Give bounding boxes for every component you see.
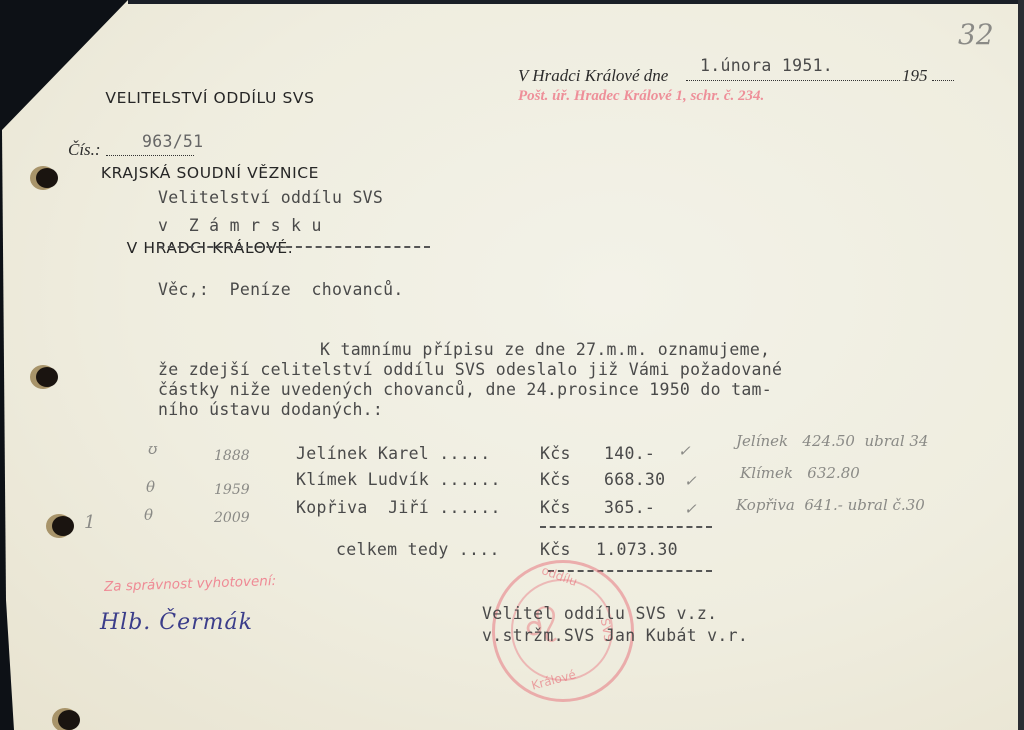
punch-hole-icon	[58, 710, 80, 730]
pencil-note: Jelínek 424.50 ubral 34	[736, 432, 928, 450]
lion-emblem-icon: ♌	[525, 591, 559, 656]
signatory-line1: Velitel oddílu SVS v.z.	[482, 604, 717, 623]
certification-signature: Hlb. Čermák	[100, 610, 253, 635]
letterhead-line3: V HRADCI KRÁLOVÉ.	[60, 236, 360, 261]
inmate-number: 1888	[214, 448, 250, 464]
inmate-name: Klímek Ludvík ......	[296, 470, 501, 489]
currency: Kčs	[540, 444, 571, 463]
recipient-underline	[158, 246, 430, 248]
total-currency: Kčs	[540, 540, 571, 559]
total-label: celkem tedy ....	[336, 540, 500, 559]
amount: 365.-	[604, 498, 655, 517]
total-amount: 1.073.30	[596, 540, 678, 559]
inmate-number: 1959	[214, 482, 250, 498]
check-mark-icon: ✓	[684, 472, 697, 490]
page-number: 32	[958, 18, 994, 51]
currency: Kčs	[540, 470, 571, 489]
check-mark-icon: ✓	[678, 442, 691, 460]
pencil-mark: θ	[146, 478, 155, 496]
date-dotted-line	[686, 80, 900, 81]
inmate-name: Kopřiva Jiří ......	[296, 498, 501, 517]
year-suffix: 195	[902, 66, 928, 86]
year-dotted-line	[932, 80, 954, 81]
reference-number: 963/51	[142, 132, 203, 151]
check-mark-icon: ✓	[684, 500, 697, 518]
letterhead: VELITELSTVÍ ODDÍLU SVS KRAJSKÁ SOUDNÍ VĚ…	[60, 36, 360, 286]
recipient-line1: Velitelství oddílu SVS	[158, 188, 383, 207]
sum-divider	[540, 526, 712, 528]
letterhead-line1: VELITELSTVÍ ODDÍLU SVS	[60, 86, 360, 111]
punch-hole-icon	[36, 367, 58, 387]
reference-dotted-line	[106, 155, 194, 156]
currency: Kčs	[540, 498, 571, 517]
amount: 140.-	[604, 444, 655, 463]
recipient-line2: v Z á m r s k u	[158, 216, 322, 235]
body-line1: K tamnímu přípisu ze dne 27.m.m. oznamuj…	[320, 340, 770, 359]
inmate-number: 2009	[214, 510, 250, 526]
signatory-line2: v.stržm.SVS Jan Kubát v.r.	[482, 626, 748, 645]
punch-hole-icon	[36, 168, 58, 188]
reference-label: Čís.:	[68, 140, 101, 160]
pencil-note: Klímek 632.80	[740, 464, 860, 482]
letter-date: 1.února 1951.	[700, 56, 833, 75]
place-date-label: V Hradci Králové dne	[518, 66, 668, 86]
body-line3: částky niže uvedených chovanců, dne 24.p…	[158, 380, 772, 399]
margin-note: 1	[84, 512, 95, 533]
body-line2: že zdejší celitelství oddílu SVS odeslal…	[158, 360, 782, 379]
subject-line: Věc,: Peníze chovanců.	[158, 280, 404, 299]
amount: 668.30	[604, 470, 665, 489]
inmate-name: Jelínek Karel .....	[296, 444, 490, 463]
punch-hole-icon	[52, 516, 74, 536]
page-right-edge	[1018, 0, 1024, 730]
pencil-mark: θ	[144, 506, 153, 524]
postal-address: Pošt. úř. Hradec Králové 1, schr. č. 234…	[518, 88, 764, 105]
body-line4: ního ústavu dodaných.:	[158, 400, 383, 419]
pencil-mark: ʊ	[148, 440, 157, 458]
page-top-edge	[128, 0, 1024, 4]
pencil-note: Kopřiva 641.- ubral č.30	[736, 496, 925, 514]
letterhead-line2: KRAJSKÁ SOUDNÍ VĚZNICE	[60, 161, 360, 186]
